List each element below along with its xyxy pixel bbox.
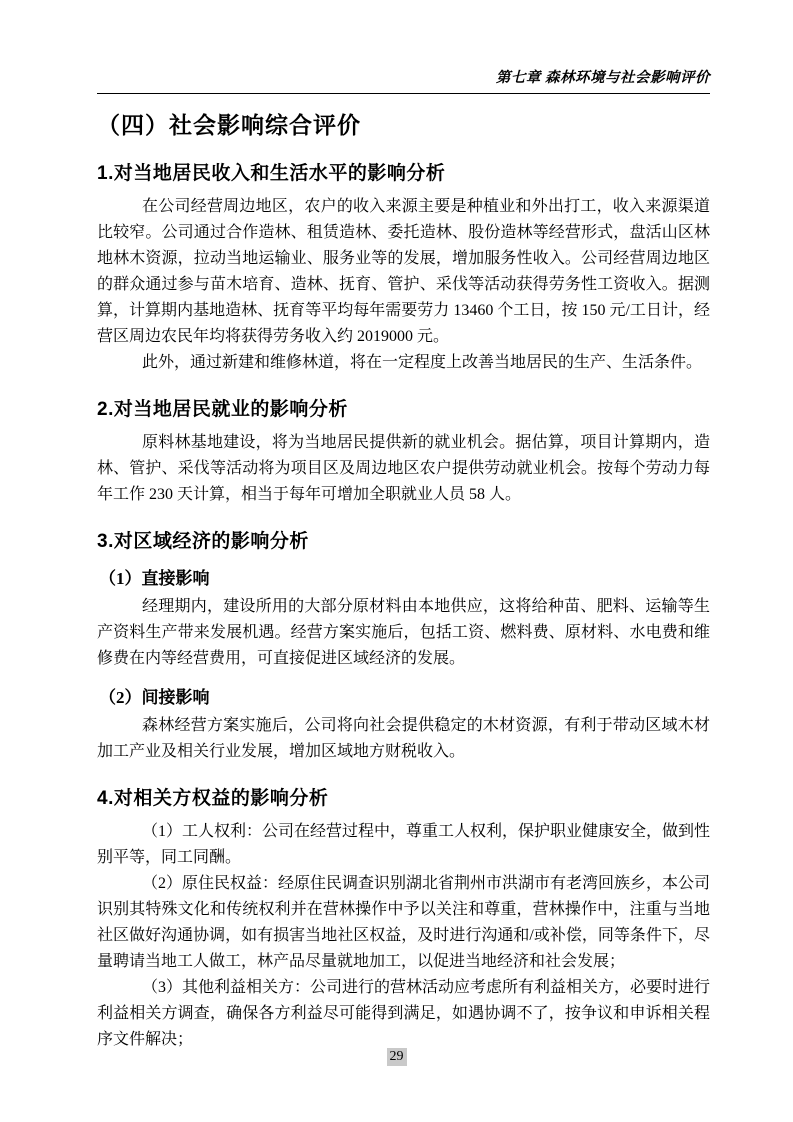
section-employment-impact: 2.对当地居民就业的影响分析 原料林基地建设，将为当地居民提供新的就业机会。据估… [97, 394, 710, 508]
paragraph: （3）其他利益相关方：公司进行的营林活动应考虑所有利益相关方，必要时进行利益相关… [97, 975, 710, 1053]
section-heading-2: 2.对当地居民就业的影响分析 [97, 394, 710, 421]
paragraph: 在公司经营周边地区，农户的收入来源主要是种植业和外出打工，收入来源渠道比较窄。公… [97, 194, 710, 350]
header-rule [97, 93, 710, 94]
paragraph: （2）原住民权益：经原住民调查识别湖北省荆州市洪湖市有老湾回族乡，本公司识别其特… [97, 871, 710, 975]
paragraph: 原料林基地建设，将为当地居民提供新的就业机会。据估算，项目计算期内，造林、管护、… [97, 430, 710, 508]
section-heading-4: 4.对相关方权益的影响分析 [97, 783, 710, 810]
page-footer: 29 [0, 1047, 793, 1066]
paragraph: 森林经营方案实施后，公司将向社会提供稳定的木材资源，有利于带动区域木材加工产业及… [97, 713, 710, 765]
section-regional-economy-impact: 3.对区域经济的影响分析 （1）直接影响 经理期内，建设所用的大部分原材料由本地… [97, 526, 710, 765]
paragraph: （1）工人权利：公司在经营过程中，尊重工人权利，保护职业健康安全，做到性别平等，… [97, 819, 710, 871]
paragraph: 经理期内，建设所用的大部分原材料由本地供应，这将给种苗、肥料、运输等生产资料生产… [97, 594, 710, 672]
section-heading-3: 3.对区域经济的影响分析 [97, 526, 710, 553]
page-title: （四）社会影响综合评价 [97, 107, 710, 140]
paragraph: 此外，通过新建和维修林道，将在一定程度上改善当地居民的生产、生活条件。 [97, 350, 710, 376]
page-header: 第七章 森林环境与社会影响评价 [97, 66, 710, 94]
section-income-impact: 1.对当地居民收入和生活水平的影响分析 在公司经营周边地区，农户的收入来源主要是… [97, 158, 710, 376]
section-stakeholder-rights-impact: 4.对相关方权益的影响分析 （1）工人权利：公司在经营过程中，尊重工人权利，保护… [97, 783, 710, 1053]
page-number: 29 [387, 1048, 407, 1066]
section-heading-1: 1.对当地居民收入和生活水平的影响分析 [97, 158, 710, 185]
subsection-heading-direct: （1）直接影响 [97, 564, 710, 589]
subsection-heading-indirect: （2）间接影响 [97, 683, 710, 708]
chapter-header-title: 第七章 森林环境与社会影响评价 [97, 66, 710, 93]
document-page: 第七章 森林环境与社会影响评价 （四）社会影响综合评价 1.对当地居民收入和生活… [0, 0, 793, 1122]
